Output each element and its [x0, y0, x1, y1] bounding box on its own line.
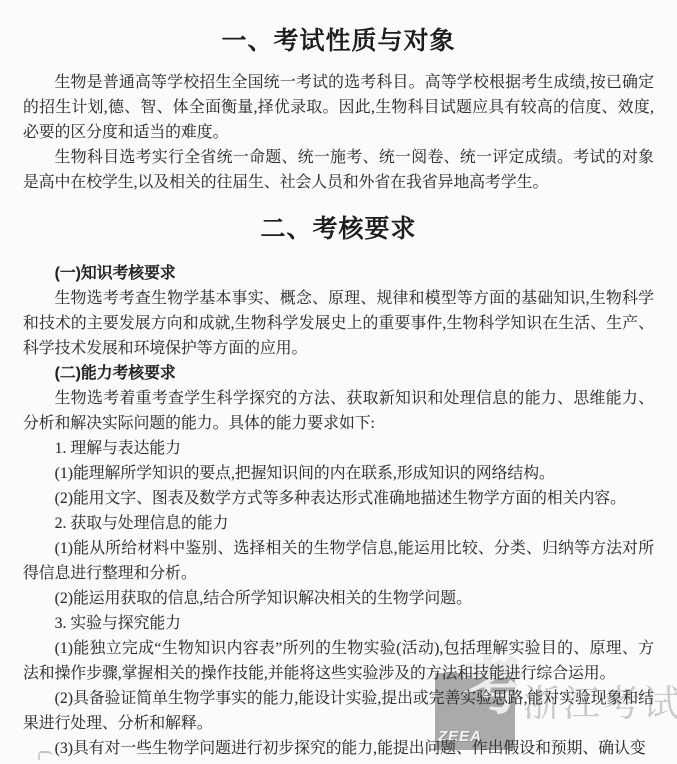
section1-paragraph-2: 生物科目选考实行全省统一命题、统一施考、统一阅卷、统一评定成绩。考试的对象是高中… — [23, 145, 654, 195]
ability3-item-3: (3)具有对一些生物学问题进行初步探究的能力,能提出问题、作出假设和预期、确认变 — [23, 736, 654, 761]
knowledge-paragraph: 生物选考考查生物学基本事实、概念、原理、规律和模型等方面的基础知识,生物科学和技… — [23, 286, 654, 361]
document-page: 考 ZEEA 浙江考试 一、考试性质与对象 生物是普通高等学校招生全国统一考试的… — [0, 0, 677, 764]
section2-heading: 二、考核要求 — [23, 212, 654, 246]
section1-paragraph-1: 生物是普通高等学校招生全国统一考试的选考科目。高等学校根据考生成绩,按已确定的招… — [23, 70, 654, 145]
knowledge-subheading: (一)知识考核要求 — [23, 261, 654, 286]
ability-paragraph: 生物选考着重考查学生科学探究的方法、获取新知识和处理信息的能力、思维能力、分析和… — [23, 386, 654, 436]
ability-subheading: (二)能力考核要求 — [23, 361, 654, 386]
ability2-title: 2. 获取与处理信息的能力 — [23, 511, 654, 536]
ability2-item-2: (2)能运用获取的信息,结合所学知识解决相关的生物学问题。 — [23, 586, 654, 611]
ability1-item-1: (1)能理解所学知识的要点,把握知识间的内在联系,形成知识的网络结构。 — [23, 461, 654, 486]
ability3-title: 3. 实验与探究能力 — [23, 611, 654, 636]
ability3-item-2: (2)具备验证简单生物学事实的能力,能设计实验,提出或完善实验思路,能对实验现象… — [23, 686, 654, 736]
ability1-item-2: (2)能用文字、图表及数学方式等多种表达形式准确地描述生物学方面的相关内容。 — [23, 486, 654, 511]
document-content: 一、考试性质与对象 生物是普通高等学校招生全国统一考试的选考科目。高等学校根据考… — [0, 0, 677, 761]
ability1-title: 1. 理解与表达能力 — [23, 436, 654, 461]
ability2-item-1: (1)能从所给材料中鉴别、选择相关的生物学信息,能运用比较、分类、归纳等方法对所… — [23, 536, 654, 586]
ability3-item-1: (1)能独立完成“生物知识内容表”所列的生物实验(活动),包括理解实验目的、原理… — [23, 636, 654, 686]
section1-heading: 一、考试性质与对象 — [23, 24, 654, 58]
